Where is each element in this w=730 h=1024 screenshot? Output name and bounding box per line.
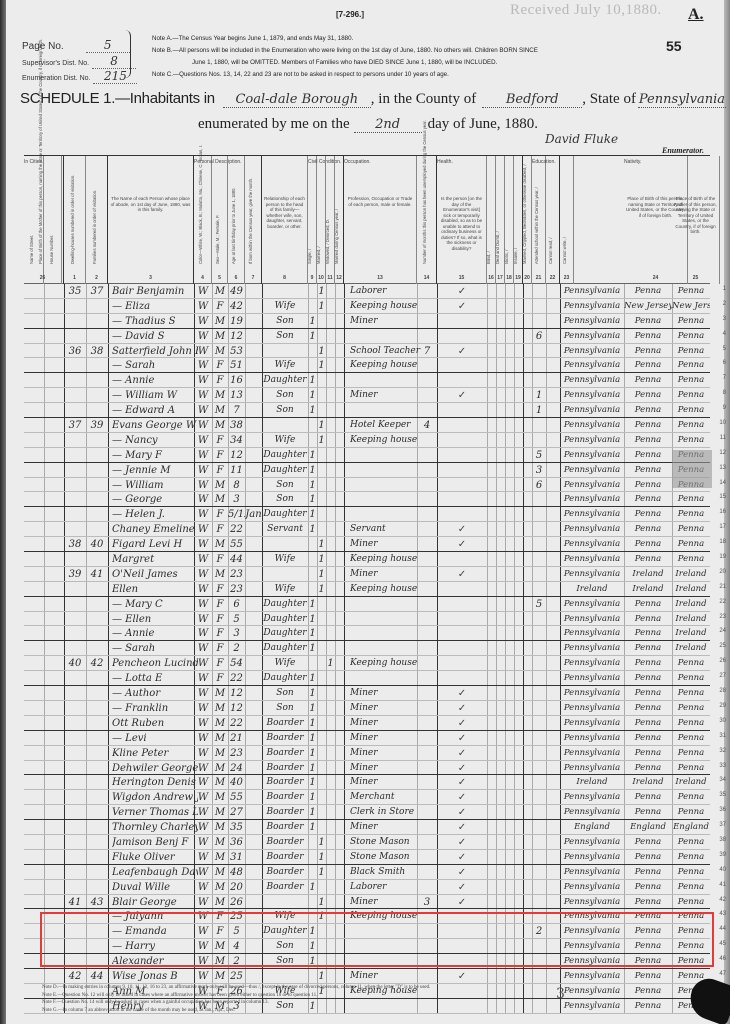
family-number — [86, 806, 108, 819]
table-body: 3537Bair BenjaminWM491Laborer✓Pennsylvan… — [24, 284, 710, 1014]
sex: F — [212, 449, 228, 462]
mother-birthplace: Ireland — [672, 642, 710, 655]
months-unemployed — [417, 285, 437, 298]
age: 2 — [228, 642, 245, 655]
widowed-mark — [326, 374, 335, 387]
relationship: Wife — [262, 359, 308, 372]
mother-birthplace: Penna — [672, 493, 710, 506]
color: W — [194, 613, 212, 626]
person-name: — Annie — [112, 374, 198, 387]
age: 49 — [228, 285, 245, 298]
birth-month — [245, 389, 262, 402]
single-mark: 1 — [308, 776, 317, 789]
sickness: ✓ — [437, 300, 487, 313]
header-notes: Note A.—The Census Year begins June 1, 1… — [152, 33, 538, 81]
months-unemployed — [417, 508, 437, 521]
sex: F — [212, 657, 228, 670]
father-birthplace: New Jersey — [624, 300, 672, 313]
column-number: 19 — [514, 275, 522, 281]
birth-month — [245, 523, 262, 536]
single-mark: 1 — [308, 464, 317, 477]
column-number: 26 — [24, 275, 61, 281]
single-mark: 1 — [308, 791, 317, 804]
married-mark: 1 — [317, 359, 326, 372]
age: 5/12 — [228, 508, 245, 521]
age: 12 — [228, 687, 245, 700]
column-label: Blind, / — [486, 251, 491, 264]
months-unemployed: 3 — [417, 896, 437, 909]
months-unemployed — [417, 330, 437, 343]
father-birthplace: Penna — [624, 523, 672, 536]
state-value: Pennsylvania — [638, 92, 726, 108]
table-row: — Helen J.WF5/12JanDaughter1Pennsylvania… — [24, 507, 710, 522]
relationship — [262, 568, 308, 581]
widowed-mark — [326, 434, 335, 447]
relationship: Daughter — [262, 642, 308, 655]
school-attendance — [532, 866, 546, 879]
person-name: O'Neil James — [112, 568, 198, 581]
widowed-mark — [326, 583, 335, 596]
school-attendance — [532, 300, 546, 313]
birth-month — [245, 613, 262, 626]
person-name: Duval Wille — [112, 881, 198, 894]
relationship: Son — [262, 330, 308, 343]
relationship: Boarder — [262, 881, 308, 894]
column-number: 13 — [344, 275, 416, 281]
birth-month — [245, 821, 262, 834]
column-header-21: Education.Attended school within the Cen… — [532, 156, 546, 284]
person-name: Evans George W — [112, 419, 198, 432]
school-attendance — [532, 717, 546, 730]
family-number — [86, 449, 108, 462]
relationship — [262, 285, 308, 298]
family-number — [86, 315, 108, 328]
line-number: 9 — [723, 405, 726, 411]
table-row: Jamison Benj FWM36Boarder1Stone Mason✓Pe… — [24, 835, 710, 850]
age: 40 — [228, 776, 245, 789]
school-attendance — [532, 553, 546, 566]
line-number: 14 — [719, 480, 726, 486]
line-number: 33 — [719, 763, 726, 769]
father-birthplace: Penna — [624, 627, 672, 640]
family-number — [86, 598, 108, 611]
sickness: ✓ — [437, 687, 487, 700]
family-number: 37 — [86, 285, 108, 298]
relationship: Wife — [262, 553, 308, 566]
table-row: Verner Thomas LWM27Boarder1Clerk in Stor… — [24, 805, 710, 820]
mother-birthplace: Penna — [672, 523, 710, 536]
widowed-mark — [326, 464, 335, 477]
married-mark — [317, 598, 326, 611]
mother-birthplace: Penna — [672, 791, 710, 804]
dwelling-number — [64, 762, 86, 775]
single-mark: 1 — [308, 330, 317, 343]
sex: F — [212, 627, 228, 640]
married-mark: 1 — [317, 285, 326, 298]
birthplace: Pennsylvania — [560, 970, 624, 983]
relationship: Boarder — [262, 821, 308, 834]
birthplace: Pennsylvania — [560, 657, 624, 670]
color: W — [194, 687, 212, 700]
dwelling-number — [64, 449, 86, 462]
father-birthplace: Ireland — [624, 583, 672, 596]
person-name: Herington Denis — [112, 776, 198, 789]
line-number: 12 — [719, 450, 726, 456]
occupation: Keeping house — [350, 300, 423, 313]
widowed-mark — [326, 791, 335, 804]
age: 20 — [228, 881, 245, 894]
family-number — [86, 464, 108, 477]
column-number: 22 — [546, 275, 559, 281]
age: 3 — [228, 627, 245, 640]
mother-birthplace: Penna — [672, 732, 710, 745]
single-mark — [308, 359, 317, 372]
table-row: — AuthorWM12Son1Miner✓PennsylvaniaPennaP… — [24, 686, 710, 701]
sickness: ✓ — [437, 762, 487, 775]
column-number: 1 — [64, 275, 85, 281]
county-label: , in the County of — [371, 91, 476, 108]
married-mark — [317, 821, 326, 834]
birthplace: Pennsylvania — [560, 523, 624, 536]
occupation: Miner — [350, 717, 423, 730]
form-number: [7-296.] — [336, 10, 364, 19]
schedule-line: SCHEDULE 1.—Inhabitants in Coal-dale Bor… — [20, 90, 726, 108]
mother-birthplace: Penna — [672, 285, 710, 298]
occupation — [350, 493, 423, 506]
birth-month — [245, 598, 262, 611]
father-birthplace: Penna — [624, 747, 672, 760]
column-number: 7 — [245, 275, 261, 281]
sheet-number: 55 — [666, 38, 682, 54]
column-label: Widowed, / Divorced, D. — [325, 219, 330, 264]
occupation: Miner — [350, 315, 423, 328]
sex: M — [212, 851, 228, 864]
relationship: Daughter — [262, 374, 308, 387]
single-mark — [308, 345, 317, 358]
table-row: — AnnieWF16Daughter1PennsylvaniaPennaPen… — [24, 373, 710, 388]
dwelling-number: 37 — [64, 419, 86, 432]
color: W — [194, 389, 212, 402]
sickness: ✓ — [437, 806, 487, 819]
birth-month — [245, 776, 262, 789]
color: W — [194, 330, 212, 343]
months-unemployed — [417, 627, 437, 640]
color: W — [194, 866, 212, 879]
sex: F — [212, 359, 228, 372]
widowed-mark — [326, 806, 335, 819]
father-birthplace: Penna — [624, 315, 672, 328]
sickness: ✓ — [437, 791, 487, 804]
birth-month — [245, 419, 262, 432]
dwelling-number — [64, 389, 86, 402]
sickness — [437, 657, 487, 670]
single-mark: 1 — [308, 523, 317, 536]
widowed-mark — [326, 553, 335, 566]
person-name: — Jennie M — [112, 464, 198, 477]
widowed-mark — [326, 613, 335, 626]
line-number: 22 — [719, 599, 726, 605]
sex: M — [212, 493, 228, 506]
sex: M — [212, 821, 228, 834]
occupation: Miner — [350, 970, 423, 983]
birth-month — [245, 702, 262, 715]
relationship: Boarder — [262, 866, 308, 879]
person-name: Dehwiler George — [112, 762, 198, 775]
birth-month — [245, 881, 262, 894]
sickness: ✓ — [437, 523, 487, 536]
sex: M — [212, 806, 228, 819]
school-attendance — [532, 806, 546, 819]
sex: M — [212, 836, 228, 849]
single-mark — [308, 851, 317, 864]
father-birthplace: Penna — [624, 493, 672, 506]
single-mark: 1 — [308, 687, 317, 700]
color: W — [194, 747, 212, 760]
married-mark — [317, 464, 326, 477]
father-birthplace: Ireland — [624, 776, 672, 789]
dwelling-number: 40 — [64, 657, 86, 670]
single-mark: 1 — [308, 627, 317, 640]
father-birthplace: Penna — [624, 345, 672, 358]
father-birthplace: Penna — [624, 836, 672, 849]
married-mark: 1 — [317, 345, 326, 358]
dwelling-number — [64, 300, 86, 313]
table-row: 3941O'Neil JamesWM231Miner✓PennsylvaniaI… — [24, 567, 710, 582]
age: 44 — [228, 553, 245, 566]
school-attendance — [532, 642, 546, 655]
birthplace: Pennsylvania — [560, 985, 624, 998]
widowed-mark — [326, 627, 335, 640]
dwelling-number — [64, 598, 86, 611]
place-value: Coal-dale Borough — [223, 92, 371, 108]
table-row: — GeorgeWM3Son1PennsylvaniaPennaPenna15 — [24, 492, 710, 507]
census-table: In Cities.Name of Street.House Number.Dw… — [24, 155, 710, 1014]
months-unemployed — [417, 687, 437, 700]
father-birthplace: Penna — [624, 672, 672, 685]
sickness: ✓ — [437, 896, 487, 909]
occupation: Keeping house — [350, 434, 423, 447]
footnote-e: Note E.—Question No. 12 will only be ask… — [42, 992, 430, 1000]
single-mark: 1 — [308, 806, 317, 819]
birthplace: Pennsylvania — [560, 642, 624, 655]
column-label: Sex—Male, M.; Female, F. — [215, 215, 220, 264]
relationship: Daughter — [262, 627, 308, 640]
mother-birthplace: Penna — [672, 702, 710, 715]
mother-birthplace: Penna — [672, 851, 710, 864]
day-value: 2nd — [354, 117, 422, 133]
sickness: ✓ — [437, 970, 487, 983]
family-number — [86, 404, 108, 417]
school-attendance — [532, 613, 546, 626]
birthplace: Pennsylvania — [560, 1000, 624, 1013]
single-mark — [308, 553, 317, 566]
occupation — [350, 598, 423, 611]
column-label: Married during Census year, / — [334, 209, 339, 264]
sex: M — [212, 866, 228, 879]
school-attendance — [532, 285, 546, 298]
color: W — [194, 464, 212, 477]
column-number: 14 — [417, 275, 436, 281]
dwelling-number — [64, 434, 86, 447]
sex: M — [212, 776, 228, 789]
widowed-mark — [326, 568, 335, 581]
person-name: — Mary C — [112, 598, 198, 611]
school-attendance — [532, 315, 546, 328]
birth-month — [245, 285, 262, 298]
single-mark — [308, 896, 317, 909]
person-name: Bair Benjamin — [112, 285, 198, 298]
occupation: Keeping house — [350, 657, 423, 670]
father-birthplace: Penna — [624, 419, 672, 432]
single-mark: 1 — [308, 672, 317, 685]
birthplace: Pennsylvania — [560, 389, 624, 402]
occupation: Keeping house — [350, 583, 423, 596]
column-label: Idiotic, / — [504, 250, 509, 264]
column-header-1: Dwelling-houses numbered in order of vis… — [64, 156, 86, 284]
birthplace: Pennsylvania — [560, 881, 624, 894]
married-mark — [317, 687, 326, 700]
highlight-box — [40, 912, 714, 967]
birth-month — [245, 970, 262, 983]
table-row: — NancyWF34Wife1Keeping housePennsylvani… — [24, 433, 710, 448]
relationship: Son — [262, 702, 308, 715]
occupation — [350, 404, 423, 417]
color: W — [194, 583, 212, 596]
father-birthplace: Penna — [624, 508, 672, 521]
person-name: Chaney Emeline — [112, 523, 198, 536]
single-mark: 1 — [308, 598, 317, 611]
age: 42 — [228, 300, 245, 313]
married-mark — [317, 627, 326, 640]
footnotes: Note D.—In making entries in columns 9, … — [42, 984, 430, 1014]
person-name: — Lotta E — [112, 672, 198, 685]
color: W — [194, 791, 212, 804]
column-number: 6 — [228, 275, 244, 281]
birthplace: Pennsylvania — [560, 747, 624, 760]
birth-month — [245, 493, 262, 506]
person-name: Margret — [112, 553, 198, 566]
mother-birthplace: Penna — [672, 330, 710, 343]
person-name: — William — [112, 479, 198, 492]
school-attendance — [532, 419, 546, 432]
dwelling-number — [64, 479, 86, 492]
months-unemployed — [417, 359, 437, 372]
single-mark: 1 — [308, 315, 317, 328]
sex: M — [212, 419, 228, 432]
school-attendance — [532, 1000, 546, 1013]
mother-birthplace: Penna — [672, 657, 710, 670]
widowed-mark — [326, 508, 335, 521]
dwelling-number — [64, 374, 86, 387]
relationship — [262, 345, 308, 358]
column-header-12: Married during Census year, /12 — [335, 156, 344, 284]
single-mark: 1 — [308, 732, 317, 745]
dwelling-number — [64, 553, 86, 566]
person-name: Fluke Oliver — [112, 851, 198, 864]
family-number — [86, 330, 108, 343]
dwelling-number — [64, 464, 86, 477]
school-attendance: 1 — [532, 404, 546, 417]
married-mark — [317, 776, 326, 789]
school-attendance — [532, 836, 546, 849]
birth-month — [245, 553, 262, 566]
age: 13 — [228, 389, 245, 402]
months-unemployed — [417, 702, 437, 715]
table-row: — WilliamWM8Son16PennsylvaniaPennaPenna1… — [24, 478, 710, 493]
line-number: 27 — [719, 673, 726, 679]
sex: M — [212, 568, 228, 581]
relationship: Son — [262, 479, 308, 492]
relationship: Daughter — [262, 464, 308, 477]
family-number: 40 — [86, 538, 108, 551]
dwelling-number — [64, 687, 86, 700]
line-number: 16 — [719, 509, 726, 515]
person-name: — William W — [112, 389, 198, 402]
school-attendance — [532, 821, 546, 834]
sex: M — [212, 538, 228, 551]
father-birthplace: Penna — [624, 389, 672, 402]
table-row: — FranklinWM12Son1Miner✓PennsylvaniaPenn… — [24, 701, 710, 716]
sex: M — [212, 702, 228, 715]
sickness — [437, 613, 487, 626]
sickness — [437, 598, 487, 611]
birth-month — [245, 374, 262, 387]
single-mark — [308, 866, 317, 879]
single-mark: 1 — [308, 508, 317, 521]
birth-month — [245, 896, 262, 909]
months-unemployed — [417, 851, 437, 864]
birth-month — [245, 791, 262, 804]
column-header-17: Deaf and Dumb, /17 — [496, 156, 505, 284]
occupation: Miner — [350, 747, 423, 760]
school-attendance — [532, 747, 546, 760]
column-header-25: Place of Birth of the Father of this per… — [672, 156, 720, 284]
school-attendance — [532, 702, 546, 715]
line-number: 37 — [719, 822, 726, 828]
occupation: Miner — [350, 732, 423, 745]
father-birthplace: Penna — [624, 553, 672, 566]
birth-month — [245, 762, 262, 775]
age: 54 — [228, 657, 245, 670]
line-number: 31 — [719, 733, 726, 739]
relationship: Boarder — [262, 717, 308, 730]
color: W — [194, 523, 212, 536]
column-number: 4 — [194, 275, 211, 281]
months-unemployed — [417, 836, 437, 849]
color: W — [194, 642, 212, 655]
table-row: — SarahWF2Daughter1PennsylvaniaPennaIrel… — [24, 641, 710, 656]
dwelling-number — [64, 672, 86, 685]
column-label: Insane, / — [513, 248, 518, 264]
birthplace: Pennsylvania — [560, 851, 624, 864]
occupation: Miner — [350, 762, 423, 775]
months-unemployed — [417, 553, 437, 566]
occupation: Miner — [350, 821, 423, 834]
father-birthplace: Penna — [624, 330, 672, 343]
person-name: Pencheon Lucinda — [112, 657, 198, 670]
color: W — [194, 732, 212, 745]
mother-birthplace: New Jersey — [672, 300, 710, 313]
family-number — [86, 479, 108, 492]
family-number: 44 — [86, 970, 108, 983]
school-attendance: 3 — [532, 464, 546, 477]
sickness: ✓ — [437, 881, 487, 894]
birth-month — [245, 672, 262, 685]
brace — [125, 30, 131, 78]
widowed-mark — [326, 598, 335, 611]
column-header-2: Families numbered in order of visitation… — [86, 156, 108, 284]
age: 22 — [228, 523, 245, 536]
